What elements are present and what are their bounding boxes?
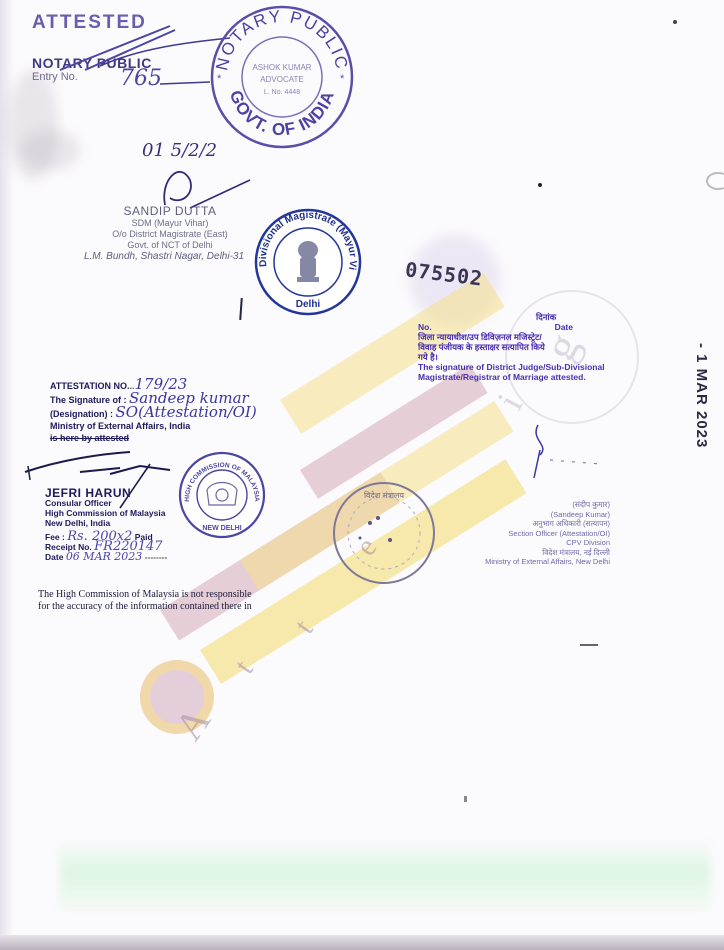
- mea-attestation-block: ATTESTATION NO...179/23 The Signature of…: [50, 378, 340, 444]
- sdm-line: O/o District Magistrate (East): [70, 229, 270, 240]
- svg-text:NEW DELHI: NEW DELHI: [202, 525, 241, 532]
- date-hindi-label: दिनांक: [418, 312, 633, 322]
- scan-bottom-edge: [0, 935, 724, 950]
- svg-text:Delhi: Delhi: [296, 299, 321, 310]
- sdm-address: L.M. Bundh, Shastri Nagar, Delhi-31: [58, 251, 270, 262]
- sdm-block: SANDIP DUTTA SDM (Mayur Vihar) O/o Distr…: [70, 204, 270, 262]
- malaysia-disclaimer: The High Commission of Malaysia is not r…: [38, 589, 258, 613]
- designation-value: SO(Attestation/OI): [116, 403, 257, 421]
- hindi-line: विवाह पंजीयक के हस्ताक्षर सत्यापित किये: [418, 342, 633, 352]
- designation-label: (Designation) :: [50, 409, 113, 419]
- consular-line: New Delhi, India: [45, 518, 195, 528]
- dash-mark: [580, 644, 598, 646]
- mea-stamp-line: CPV Division: [470, 538, 610, 548]
- scan-smudge: [20, 130, 80, 170]
- date-label: Date: [45, 552, 63, 562]
- watermark-sub-letter: A: [165, 698, 220, 749]
- no-label: No.: [418, 322, 432, 332]
- notary-seal: NOTARY PUBLIC GOVT. OF INDIA ASHOK KUMAR…: [207, 2, 357, 152]
- dot-mark: [464, 796, 467, 802]
- mea-stamp-line: Section Officer (Attestation/OI): [470, 529, 610, 539]
- hindi-line: जिला न्यायाधीश/उप डिविज़नल मजिस्ट्रेट/: [418, 332, 633, 342]
- edge-mark: [706, 172, 724, 190]
- ministry-line: Ministry of External Affairs, India: [50, 420, 340, 432]
- malaysia-seal: HIGH COMMISSION OF MALAYSIA NEW DELHI: [177, 450, 267, 540]
- english-line: The signature of District Judge/Sub-Divi…: [418, 362, 633, 372]
- mea-stamp-line: (Sandeep Kumar): [470, 510, 610, 520]
- mea-officer-stamp: (संदीप कुमार) (Sandeep Kumar) अनुभाग अधि…: [470, 500, 610, 567]
- attestation-no-label: ATTESTATION NO.: [50, 381, 130, 391]
- mea-officer-seal: विदेश मंत्रालय: [330, 478, 438, 588]
- svg-text:ASHOK KUMAR: ASHOK KUMAR: [252, 63, 311, 72]
- dot-mark: [673, 20, 677, 24]
- malaysia-consular-block: JEFRI HARUN Consular Officer High Commis…: [45, 488, 195, 562]
- svg-text:ADVOCATE: ADVOCATE: [260, 75, 303, 84]
- date-stamp: - 1 MAR 2023: [693, 343, 710, 448]
- date-value: 06 MAR 2023: [66, 550, 142, 563]
- svg-text:L. No. 4448: L. No. 4448: [264, 89, 300, 96]
- signature-tick: [239, 298, 243, 320]
- english-line: Magistrate/Registrar of Marriage atteste…: [418, 372, 633, 382]
- mea-officer-signature: [520, 420, 610, 480]
- sdm-line: SDM (Mayur Vihar): [70, 218, 270, 229]
- mea-stamp-line: विदेश मंत्रालय, नई दिल्ली: [470, 548, 610, 558]
- svg-text:*: *: [217, 73, 222, 85]
- dot-mark: [538, 183, 542, 187]
- consular-officer-name: JEFRI HARUN: [45, 488, 195, 498]
- svg-text:*: *: [340, 73, 345, 85]
- scan-green-band: [60, 840, 710, 910]
- sdm-seal: Sub Divisional Magistrate (Mayur Vihar) …: [253, 207, 363, 317]
- district-judge-stamp: दिनांक No. Date जिला न्यायाधीश/उप डिविज़…: [418, 312, 633, 382]
- fee-label: Fee :: [45, 532, 65, 542]
- mea-stamp-line: Ministry of External Affairs, New Delhi: [470, 557, 610, 567]
- hindi-line: गये है।: [418, 352, 633, 362]
- consular-line: High Commission of Malaysia: [45, 508, 195, 518]
- mea-stamp-line: (संदीप कुमार): [470, 500, 610, 510]
- date-label: Date: [555, 322, 573, 332]
- svg-text:विदेश मंत्रालय: विदेश मंत्रालय: [364, 490, 404, 500]
- sdm-name: SANDIP DUTTA: [70, 204, 270, 218]
- sdm-line: Govt. of NCT of Delhi: [70, 240, 270, 251]
- mea-stamp-line: अनुभाग अधिकारी (सत्यापन): [470, 519, 610, 529]
